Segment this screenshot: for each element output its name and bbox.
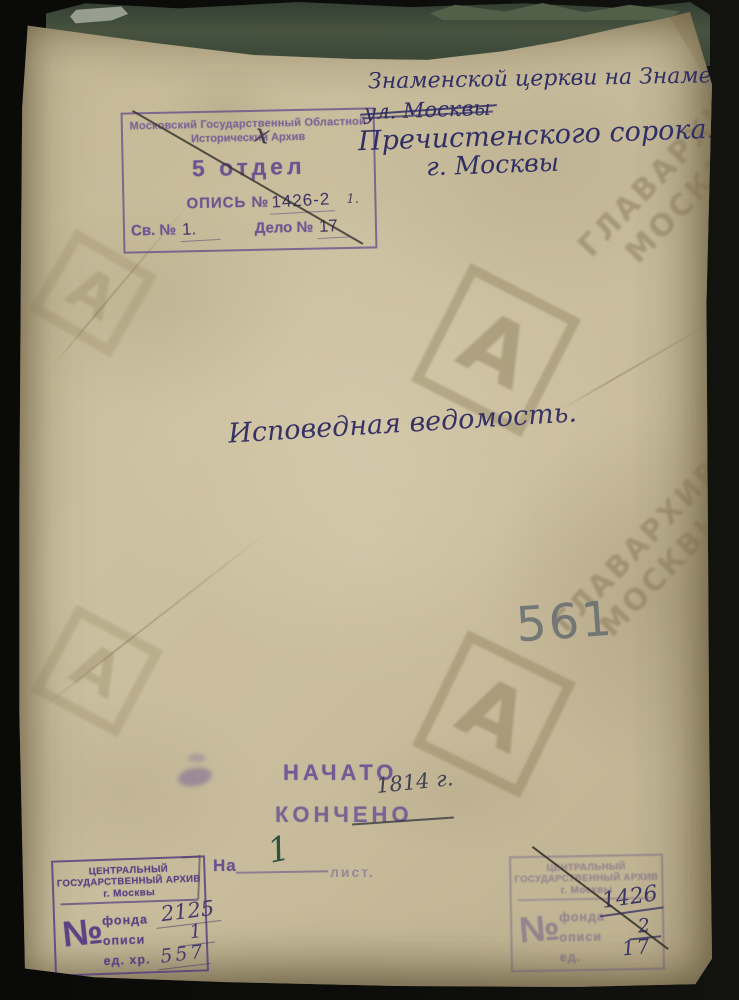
sv-label: Св. № [131,222,176,240]
opis-label: ОПИСЬ № [186,194,269,213]
church-name-handwriting: Знаменской церкви на Знаменке [368,63,739,95]
fond-value-handwritten: 1426 [596,881,663,918]
struck-text-handwriting: ул. Москвы [364,96,491,124]
ed-value-handwritten: 557 [155,940,211,970]
ed-label: ед. хр. [103,952,150,968]
finished-stamp: КОНЧЕНО [275,802,413,828]
opis-note-handwritten: 1. [346,192,359,207]
opis-label: описи [103,932,146,947]
watermark-letter: А [60,629,134,713]
ed-value-handwritten: 17 [621,934,653,961]
opis-value-handwritten: 1426-2 [269,189,335,215]
watermark-line: ГЛАВАРХИВ [571,74,739,265]
stamp-sv-delo-row: Св. № 1. Дело № 17 [131,216,350,243]
delo-label: Дело № [254,219,313,237]
sheet-count-handwriting: 1 [264,828,293,872]
right-stamp-handwritten-values: 1426 2 17 [510,855,660,967]
watermark-letter: А [57,252,130,333]
stamp-opis-row: ОПИСЬ №1426-2 [186,190,334,215]
sheets-suffix-stamp: лист. [330,864,375,880]
numero-sign: № [60,910,104,956]
ink-smudge [177,765,214,789]
glavarkhiv-text-watermark: ГЛАВАРХИВ МОСКВЫ [571,74,739,292]
paper-crease [38,525,276,711]
ink-smudge [188,754,206,762]
sv-value-handwritten: 1. [180,218,221,242]
sheets-fill-line [236,870,328,874]
scan-background: А А А А ГЛАВАРХИВ МОСКВЫ ГЛАВАРХИВ МОСКВ… [0,0,739,1000]
fond-label: фонда [102,912,148,928]
watermark-letter: А [444,290,549,409]
city-handwriting: г. Москвы [426,148,560,182]
paper-crease [558,315,724,412]
pencil-number: 561 [514,591,615,654]
sheets-prefix-stamp: На [213,856,237,876]
document-title-handwriting: Исповедная ведомость. [227,397,577,449]
archive-logo-watermark: А [31,605,164,738]
watermark-letter: А [443,656,544,773]
central-archive-stamp-left: ЦЕНТРАЛЬНЫЙ ГОСУДАРСТВЕННЫЙ АРХИВ г. Мос… [51,855,209,976]
stamp-org-line2: Исторический Архив [123,129,373,146]
archive-cover-page: А А А А ГЛАВАРХИВ МОСКВЫ ГЛАВАРХИВ МОСКВ… [18,10,712,988]
